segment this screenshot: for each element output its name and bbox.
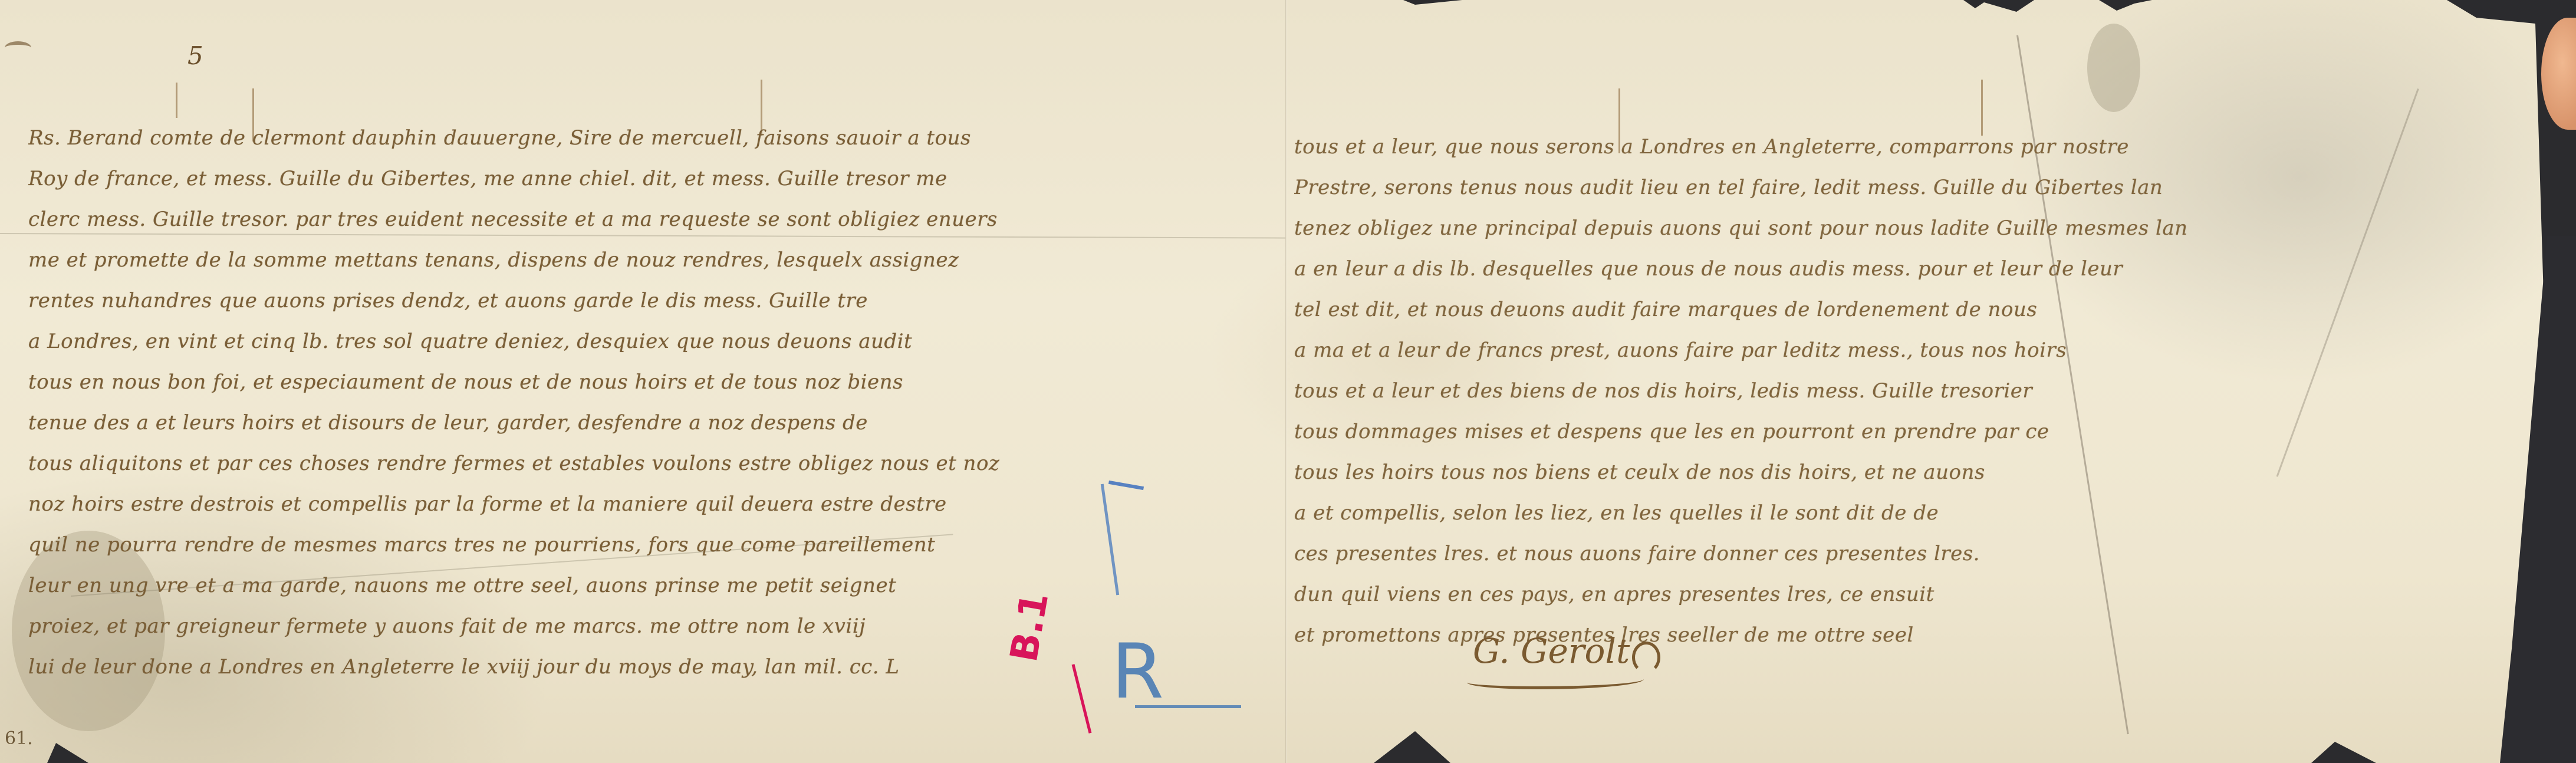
text-line: Prestre, serons tenus nous audit lieu en…	[1294, 167, 2409, 208]
text-line: a et compellis, selon les liez, en les q…	[1294, 493, 2409, 534]
text-line: clerc mess. Guille tresor. par tres euid…	[28, 199, 1278, 240]
text-line: rentes nuhandres que auons prises dendz,…	[28, 281, 1278, 321]
archive-mark-blue: R	[1111, 628, 1164, 716]
text-line: tous dommages mises et despens que les e…	[1294, 412, 2409, 452]
folio-number-bottom: 61.	[5, 728, 33, 749]
text-line: tel est dit, et nous deuons audit faire …	[1294, 290, 2409, 330]
charter-text-left: Rs. Berand comte de clermont dauphin dau…	[28, 118, 1278, 688]
ascender-stroke	[176, 83, 177, 118]
edge-tab	[5, 41, 31, 54]
fold-seam	[1285, 0, 1287, 763]
text-line: tous en nous bon foi, et especiaument de…	[28, 362, 1278, 403]
archive-mark-blue-underline	[1135, 705, 1241, 708]
text-line: tenue des a et leurs hoirs et disours de…	[28, 403, 1278, 443]
text-line: quil ne pourra rendre de mesmes marcs tr…	[28, 525, 1278, 565]
text-line: tous et a leur et des biens de nos dis h…	[1294, 371, 2409, 412]
text-line: ces presentes lres. et nous auons faire …	[1294, 534, 2409, 574]
text-line: tenez obligez une principal depuis auons…	[1294, 208, 2409, 249]
text-line: tous et a leur, que nous serons a Londre…	[1294, 127, 2409, 167]
text-line: dun quil viens en ces pays, en apres pre…	[1294, 574, 2409, 615]
charter-text-right: tous et a leur, que nous serons a Londre…	[1294, 127, 2409, 656]
text-line: tous les hoirs tous nos biens et ceulx d…	[1294, 452, 2409, 493]
text-line: tous aliquitons et par ces choses rendre…	[28, 443, 1278, 484]
signature-text: G. Gerolt	[1473, 631, 1630, 671]
text-line: me et promette de la somme mettans tenan…	[28, 240, 1278, 281]
notary-signature: G. Gerolt	[1461, 631, 1656, 696]
text-line: proiez, et par greigneur fermete y auons…	[28, 606, 1278, 647]
parchment-sheet: 5 61. Rs. Berand comte de clermont dauph…	[0, 0, 2576, 763]
text-line: a en leur a dis lb. desquelles que nous …	[1294, 249, 2409, 290]
text-line: a ma et a leur de francs prest, auons fa…	[1294, 330, 2409, 371]
signature-flourish	[1467, 672, 1644, 689]
text-line: a Londres, en vint et cinq lb. tres sol …	[28, 321, 1278, 362]
folio-number-top: 5	[187, 41, 203, 70]
text-line-last: lui de leur done a Londres en Angleterre…	[28, 647, 1278, 688]
text-line: Rs. Berand comte de clermont dauphin dau…	[28, 118, 1278, 159]
text-line: Roy de france, et mess. Guille du Gibert…	[28, 159, 1278, 199]
signature-loop	[1632, 642, 1660, 673]
text-line: leur en ung vre et a ma garde, nauons me…	[28, 565, 1278, 606]
stain	[2087, 24, 2140, 112]
text-line: noz hoirs estre destrois et compellis pa…	[28, 484, 1278, 525]
